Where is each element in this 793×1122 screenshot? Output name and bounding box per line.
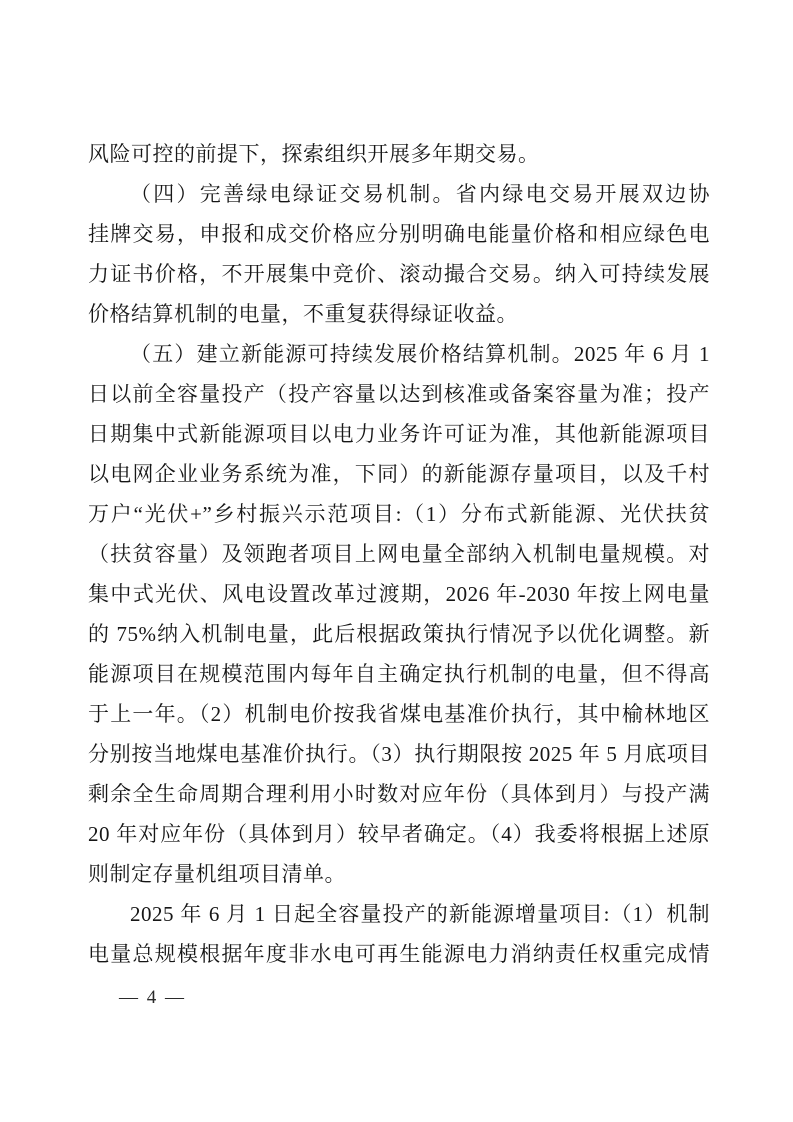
page-number: — 4 —: [119, 984, 186, 1012]
text-line: 风险可控的前提下，探索组织开展多年期交易。: [88, 134, 710, 174]
text-line: 价格结算机制的电量，不重复获得绿证收益。: [88, 294, 710, 334]
text-line: 力证书价格，不开展集中竞价、滚动撮合交易。纳入可持续发展: [88, 254, 710, 294]
text-line: 日期集中式新能源项目以电力业务许可证为准，其他新能源项目: [88, 414, 710, 454]
text-line: （扶贫容量）及领跑者项目上网电量全部纳入机制电量规模。对: [88, 534, 710, 574]
text-line: 挂牌交易，申报和成交价格应分别明确电能量价格和相应绿色电: [88, 214, 710, 254]
document-text: 风险可控的前提下，探索组织开展多年期交易。 （四）完善绿电绿证交易机制。省内绿电…: [88, 134, 710, 974]
text-line: 分别按当地煤电基准价执行。（3）执行期限按 2025 年 5 月底项目: [88, 734, 710, 774]
text-line: 剩余全生命周期合理利用小时数对应年份（具体到月）与投产满: [88, 774, 710, 814]
text-line: 于上一年。（2）机制电价按我省煤电基准价执行，其中榆林地区: [88, 694, 710, 734]
text-line: 电量总规模根据年度非水电可再生能源电力消纳责任权重完成情: [88, 934, 710, 974]
text-line: 能源项目在规模范围内每年自主确定执行机制的电量，但不得高: [88, 654, 710, 694]
text-line-new-paragraph: 2025 年 6 月 1 日起全容量投产的新能源增量项目:（1）机制: [88, 894, 710, 934]
text-line: 20 年对应年份（具体到月）较早者确定。（4）我委将根据上述原: [88, 814, 710, 854]
text-line: 以电网企业业务系统为准，下同）的新能源存量项目，以及千村: [88, 454, 710, 494]
text-line: 的 75%纳入机制电量，此后根据政策执行情况予以优化调整。新: [88, 614, 710, 654]
text-line: 集中式光伏、风电设置改革过渡期，2026 年-2030 年按上网电量: [88, 574, 710, 614]
text-line: 日以前全容量投产（投产容量以达到核准或备案容量为准；投产: [88, 374, 710, 414]
document-page: 风险可控的前提下，探索组织开展多年期交易。 （四）完善绿电绿证交易机制。省内绿电…: [0, 0, 793, 1122]
text-line-section-4-heading: （四）完善绿电绿证交易机制。省内绿电交易开展双边协商、: [88, 174, 710, 214]
text-line: 则制定存量机组项目清单。: [88, 854, 710, 894]
text-line: 万户“光伏+”乡村振兴示范项目:（1）分布式新能源、光伏扶贫: [88, 494, 710, 534]
text-line-section-5-heading: （五）建立新能源可持续发展价格结算机制。2025 年 6 月 1: [88, 334, 710, 374]
